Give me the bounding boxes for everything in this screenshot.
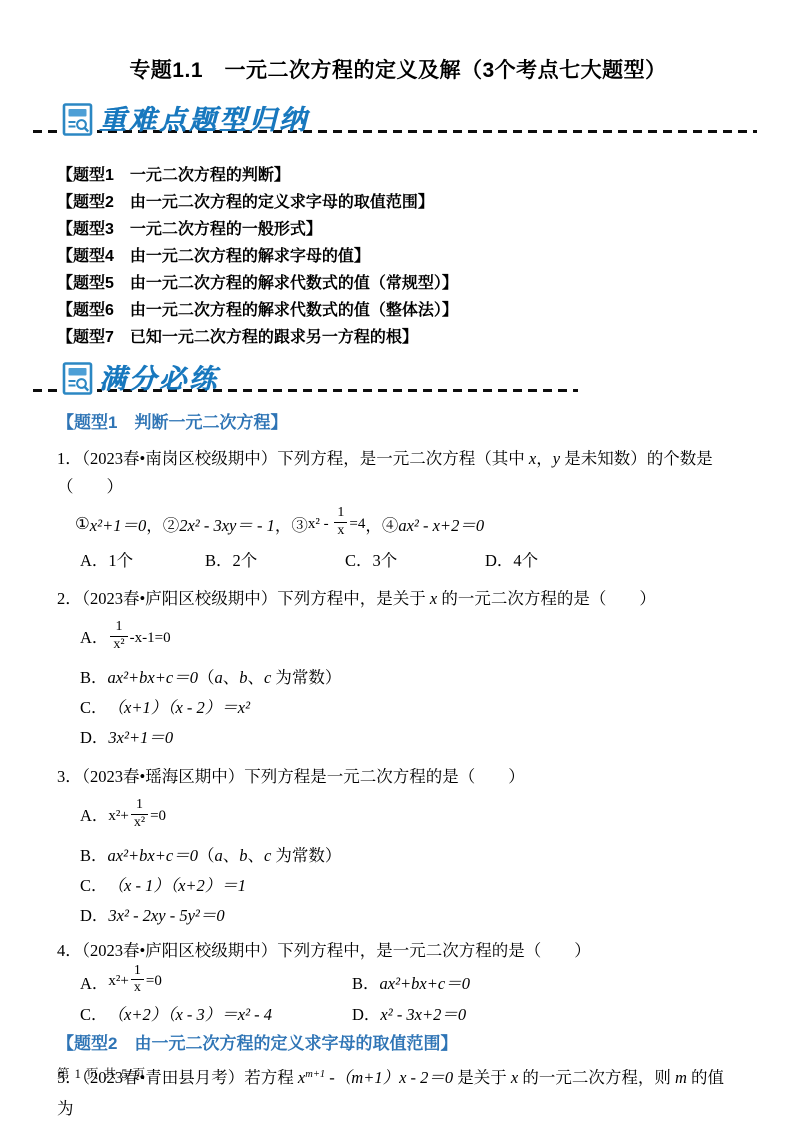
page-title: 专题1.1 一元二次方程的定义及解（3个考点七大题型） — [57, 56, 739, 86]
document-search-icon — [61, 103, 97, 137]
segment-eq: x² - — [308, 516, 333, 533]
segment-text: A． — [80, 801, 108, 831]
option-d: D．4个 — [485, 547, 538, 575]
question-3: 3．（2023春•瑶海区期中）下列方程是一元二次方程的是（ ） A．x²+1x²… — [57, 763, 739, 931]
question-5: 5．（2023春•青田县月考）若方程 xm+1 -（m+1）x - 2＝0 是关… — [57, 1064, 739, 1122]
question-2: 2．（2023春•庐阳区校级期中）下列方程中，是关于 x 的一元二次方程的是（ … — [57, 585, 739, 753]
segment-sup: m+1 — [305, 1069, 325, 1080]
banner-content: 满分必练 — [61, 362, 219, 396]
segment-text: A． — [80, 623, 108, 653]
option-b: B．ax²+bx+c＝0（a、b、c 为常数） — [80, 841, 739, 871]
segment-eq: =4 — [349, 516, 365, 533]
segment-text: C． — [80, 1001, 108, 1025]
question-4-stem: 4．（2023春•庐阳区校级期中）下列方程中，是一元二次方程的是（ ） — [57, 937, 739, 965]
topic-item-4: 【题型4 由一元二次方程的解求字母的值】 — [57, 243, 739, 270]
segment-text: （ — [198, 841, 215, 871]
option-d: D．3x² - 2xy - 5y²＝0 — [80, 901, 739, 931]
segment-text: ， — [536, 449, 553, 468]
segment-math: c — [264, 841, 271, 871]
segment-math: x²+1＝0 — [90, 512, 146, 536]
segment-text: 、 — [247, 841, 264, 871]
option-a: A．1x²-x-1=0 — [80, 613, 739, 663]
segment-text: B． — [80, 841, 108, 871]
option-a: A．x²+1x=0 — [80, 965, 352, 998]
topic-item-1: 【题型1 一元二次方程的判断】 — [57, 162, 739, 189]
document-search-icon — [61, 362, 97, 396]
segment-math: （x - 1）（x+2）＝1 — [108, 871, 247, 901]
segment-text: 为常数） — [271, 663, 341, 693]
topic-item-7: 【题型7 已知一元二次方程的跟求另一方程的根】 — [57, 324, 739, 351]
segment-text: 、 — [223, 663, 240, 693]
segment-text: 3．（2023春•瑶海区期中）下列方程是一元二次方程的是（ ） — [57, 767, 525, 786]
worksheet-page: 专题1.1 一元二次方程的定义及解（3个考点七大题型） 重难点题型归纳 【题型1… — [0, 0, 793, 1122]
segment-text: 1．（2023春•南岗区校级期中）下列方程，是一元二次方程（其中 — [57, 449, 529, 468]
fraction: 1x — [131, 963, 144, 996]
option-c: C．3个 — [345, 547, 485, 575]
segment-text: 2．（2023春•庐阳区校级期中）下列方程中，是关于 — [57, 589, 430, 608]
segment-math: 2x² - 3xy＝ - 1 — [179, 512, 275, 536]
segment-text: A． — [80, 970, 108, 994]
page-footer: 第 1 页 共 5 页 — [57, 1064, 146, 1082]
topic-item-6: 【题型6 由一元二次方程的解求代数式的值（整体法）】 — [57, 297, 739, 324]
segment-text: B． — [352, 970, 380, 994]
subtype-heading-2: 【题型2 由一元二次方程的定义求字母的取值范围】 — [57, 1032, 739, 1056]
option-b: B．ax²+bx+c＝0（a、b、c 为常数） — [80, 663, 739, 693]
segment-text: ，③ — [275, 512, 308, 536]
subtype-heading-1: 【题型1 判断一元二次方程】 — [57, 411, 739, 435]
segment-text: C． — [80, 871, 108, 901]
section-banner-key-points: 重难点题型归纳 — [33, 98, 739, 138]
segment-text: 、 — [247, 663, 264, 693]
banner-content: 重难点题型归纳 — [61, 103, 309, 137]
segment-eq: x²+ — [108, 973, 128, 990]
segment-math: y — [553, 449, 560, 468]
banner-title-key-points: 重难点题型归纳 — [99, 105, 309, 135]
segment-eq: =0 — [146, 973, 162, 990]
segment-math: -（m+1）x - 2＝0 — [325, 1068, 453, 1087]
segment-text: ，④ — [365, 512, 398, 536]
segment-math: 3x² - 2xy - 5y²＝0 — [108, 901, 224, 931]
segment-eq: x²+ — [108, 801, 128, 831]
segment-text: B． — [80, 663, 108, 693]
banner-title-practice: 满分必练 — [99, 364, 219, 394]
question-5-stem: 5．（2023春•青田县月考）若方程 xm+1 -（m+1）x - 2＝0 是关… — [57, 1064, 739, 1122]
segment-text: D． — [80, 723, 108, 753]
segment-text: 为常数） — [271, 841, 341, 871]
option-c: C．（x+1）（x - 2）＝x² — [80, 693, 739, 723]
question-1-stem: 1．（2023春•南岗区校级期中）下列方程，是一元二次方程（其中 x，y 是未知… — [57, 445, 739, 501]
segment-text: 的一元二次方程的是（ ） — [437, 589, 656, 608]
fraction: 1x² — [110, 619, 127, 652]
option-d: D．3x²+1＝0 — [80, 723, 739, 753]
segment-math: a — [214, 841, 222, 871]
question-1: 1．（2023春•南岗区校级期中）下列方程，是一元二次方程（其中 x，y 是未知… — [57, 445, 739, 575]
segment-eq: -x-1=0 — [130, 623, 171, 653]
topic-item-3: 【题型3 一元二次方程的一般形式】 — [57, 216, 739, 243]
segment-math: ax²+bx+c＝0 — [108, 841, 198, 871]
segment-text: 4．（2023春•庐阳区校级期中）下列方程中，是一元二次方程的是（ ） — [57, 941, 591, 960]
segment-math: ax²+bx+c＝0 — [108, 663, 198, 693]
topic-list: 【题型1 一元二次方程的判断】 【题型2 由一元二次方程的定义求字母的取值范围】… — [57, 162, 739, 351]
option-a: A．x²+1x²=0 — [80, 791, 739, 841]
segment-math: （x+2）（x - 3）＝x² - 4 — [108, 1001, 273, 1025]
fraction: 1x² — [131, 797, 148, 830]
segment-math: ax² - x+2＝0 — [398, 512, 484, 536]
segment-math: b — [239, 841, 247, 871]
segment-eq: =0 — [150, 801, 166, 831]
segment-text: （ — [198, 663, 215, 693]
segment-text: C． — [80, 693, 108, 723]
option-d: D．x² - 3x+2＝0 — [352, 998, 739, 1028]
option-c: C．（x - 1）（x+2）＝1 — [80, 871, 739, 901]
option-b: B．ax²+bx+c＝0 — [352, 967, 739, 997]
topic-item-2: 【题型2 由一元二次方程的定义求字母的取值范围】 — [57, 189, 739, 216]
segment-text: 、 — [223, 841, 240, 871]
segment-math: 3x²+1＝0 — [108, 723, 173, 753]
segment-math: x² - 3x+2＝0 — [380, 1001, 466, 1025]
question-3-stem: 3．（2023春•瑶海区期中）下列方程是一元二次方程的是（ ） — [57, 763, 739, 791]
topic-item-5: 【题型5 由一元二次方程的解求代数式的值（常规型）】 — [57, 270, 739, 297]
segment-text: D． — [80, 901, 108, 931]
option-c: C．（x+2）（x - 3）＝x² - 4 — [80, 998, 352, 1028]
segment-text: 的一元二次方程，则 — [518, 1068, 675, 1087]
segment-math: a — [214, 663, 222, 693]
segment-math: m — [675, 1068, 687, 1087]
section-banner-practice: 满分必练 — [33, 357, 739, 397]
option-b: B．2个 — [205, 547, 345, 575]
segment-math: b — [239, 663, 247, 693]
segment-text: ，② — [146, 512, 179, 536]
option-a: A．1个 — [80, 547, 205, 575]
segment-math: c — [264, 663, 271, 693]
segment-text: 是关于 — [453, 1068, 511, 1087]
segment-math: （x+1）（x - 2）＝x² — [108, 693, 251, 723]
segment-text: ① — [75, 514, 90, 534]
segment-text: D． — [352, 1001, 380, 1025]
fraction: 1x — [334, 505, 347, 538]
question-1-options: A．1个 B．2个 C．3个 D．4个 — [80, 547, 739, 575]
question-2-stem: 2．（2023春•庐阳区校级期中）下列方程中，是关于 x 的一元二次方程的是（ … — [57, 585, 739, 613]
question-4-options: A．x²+1x=0 B．ax²+bx+c＝0 C．（x+2）（x - 3）＝x²… — [80, 965, 739, 1028]
question-1-equations: ①x²+1＝0，②2x² - 3xy＝ - 1，③x² - 1x=4，④ax² … — [75, 501, 739, 547]
question-4: 4．（2023春•庐阳区校级期中）下列方程中，是一元二次方程的是（ ） A．x²… — [57, 937, 739, 1028]
segment-math: ax²+bx+c＝0 — [380, 970, 470, 994]
